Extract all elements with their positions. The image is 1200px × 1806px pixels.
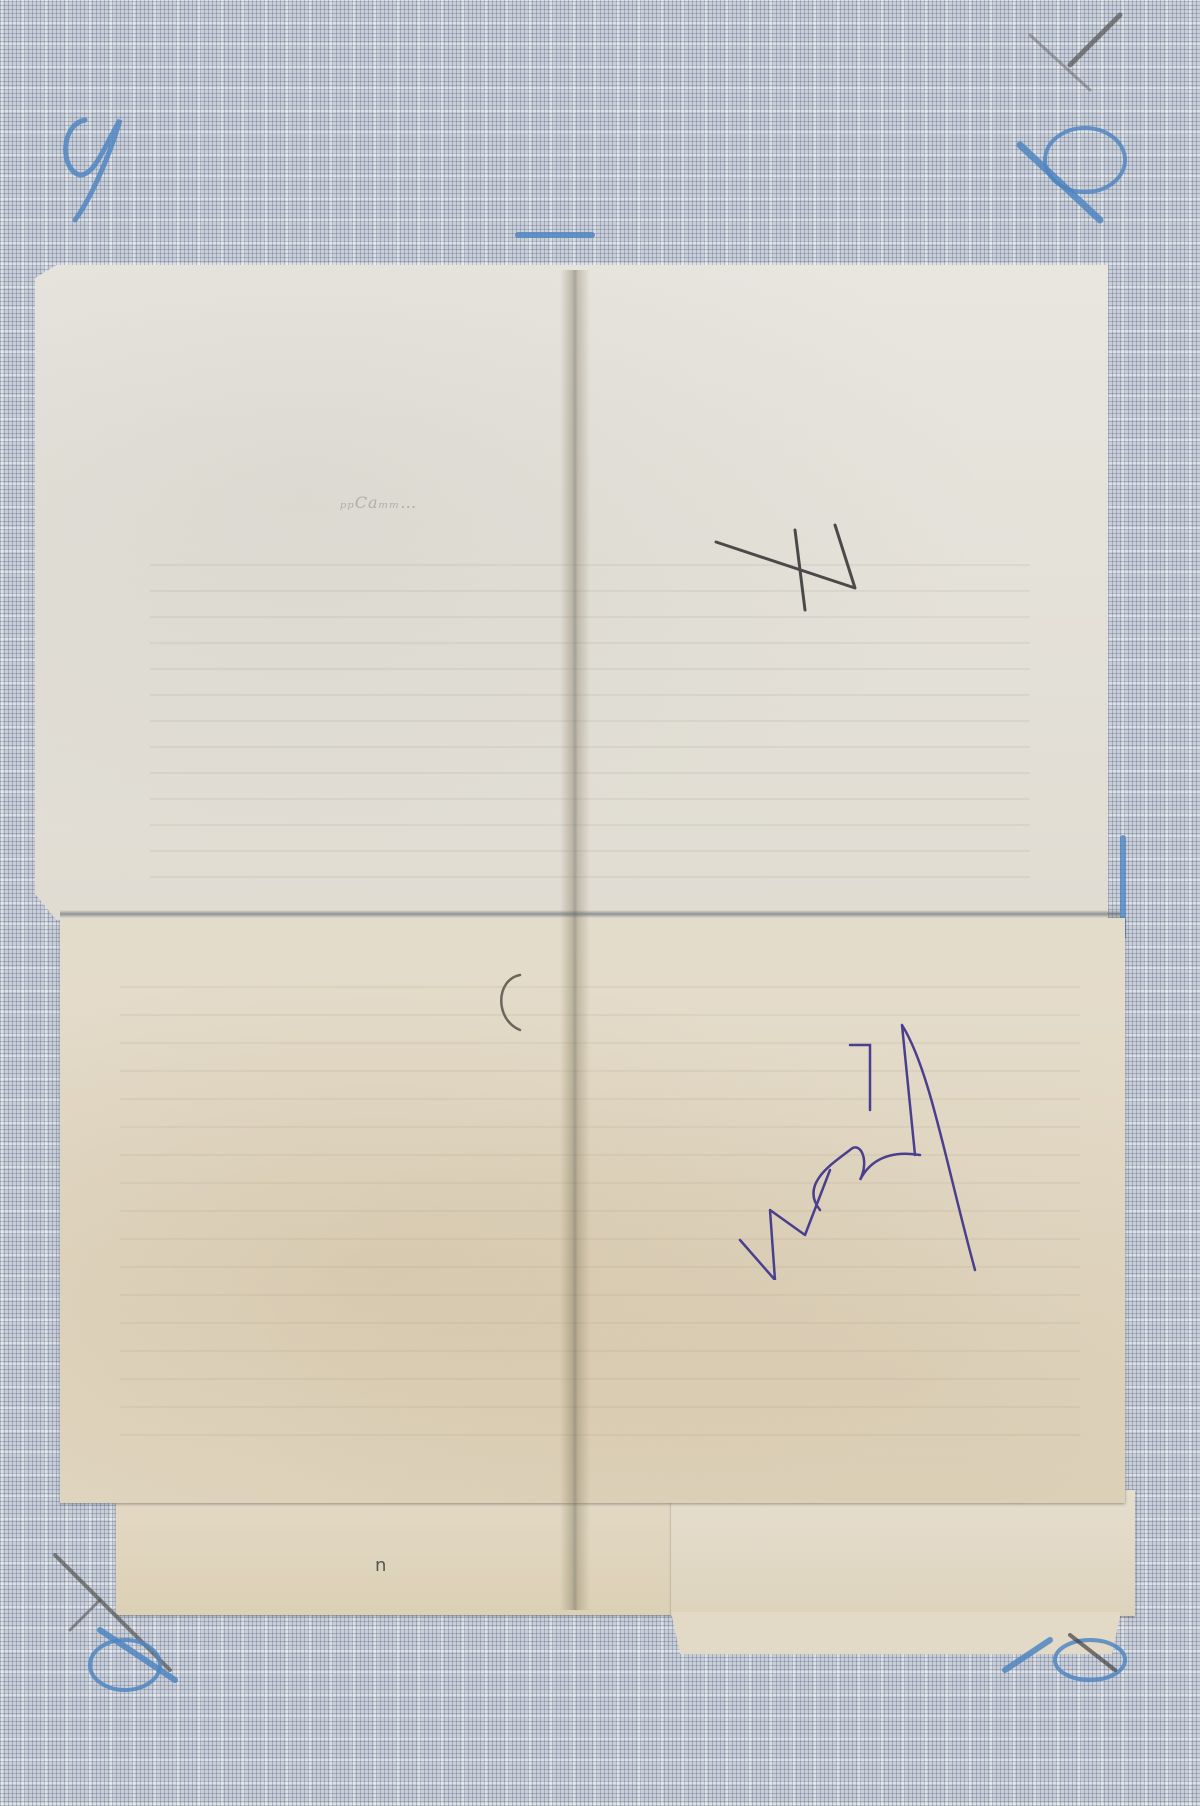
bleed-through-lines-upper <box>150 540 1030 880</box>
pencil-arc-mark-icon <box>490 970 570 1040</box>
corner-marker-bottom-left-icon <box>40 1540 190 1700</box>
pencil-cross-mark-icon <box>710 520 870 620</box>
bottom-paper-strip-right <box>671 1490 1135 1616</box>
ink-signature-icon <box>730 1010 1010 1280</box>
corner-marker-top-right-icon <box>1010 5 1170 230</box>
top-center-crayon-dash <box>515 232 595 238</box>
horizontal-fold-crease <box>60 910 1120 918</box>
corner-marker-bottom-right-icon <box>1000 1630 1140 1700</box>
faint-heading-text: ₚₚCaₘₘ… <box>340 493 417 512</box>
bottom-strip-pencil-mark: n <box>375 1555 386 1576</box>
vertical-fold-crease <box>560 270 590 1610</box>
corner-marker-top-left-icon <box>40 100 160 230</box>
